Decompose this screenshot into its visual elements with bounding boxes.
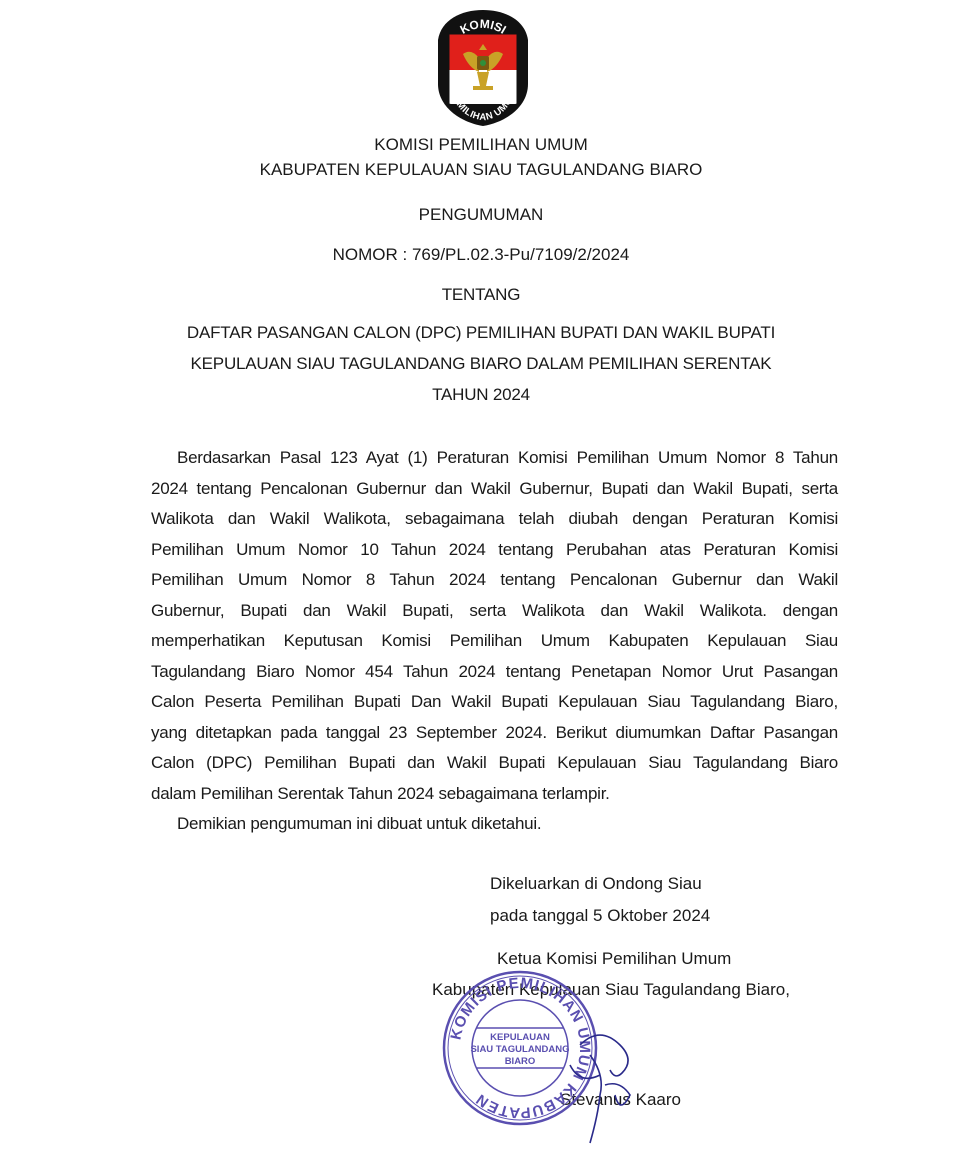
body-line: 2024 tentang Pencalonan Gubernur dan Wak… [151, 474, 838, 505]
handwritten-signature-icon [560, 1025, 680, 1149]
about-label: TENTANG [0, 285, 962, 305]
body-line: yang ditetapkan pada tanggal 23 Septembe… [151, 718, 838, 749]
issued-place: Dikeluarkan di Ondong Siau [490, 874, 702, 894]
document-number: NOMOR : 769/PL.02.3-Pu/7109/2/2024 [0, 245, 962, 265]
body-line: Calon (DPC) Pemilihan Bupati dan Wakil B… [151, 748, 838, 779]
org-region: KABUPATEN KEPULAUAN SIAU TAGULANDANG BIA… [0, 160, 962, 180]
org-name: KOMISI PEMILIHAN UMUM [0, 135, 962, 155]
kpu-logo: KOMISI PEMILIHAN UMUM [433, 6, 533, 128]
body-line: Pemilihan Umum Nomor 8 Tahun 2024 tentan… [151, 565, 838, 596]
document-type: PENGUMUMAN [0, 205, 962, 225]
title-line: DAFTAR PASANGAN CALON (DPC) PEMILIHAN BU… [0, 323, 962, 343]
title-line: TAHUN 2024 [0, 385, 962, 405]
title-line: KEPULAUAN SIAU TAGULANDANG BIARO DALAM P… [0, 354, 962, 374]
body-line: Gubernur, Bupati dan Wakil Bupati, serta… [151, 596, 838, 627]
body-line: Berdasarkan Pasal 123 Ayat (1) Peraturan… [151, 443, 838, 474]
svg-text:SIAU TAGULANDANG: SIAU TAGULANDANG [470, 1044, 569, 1055]
closing-sentence: Demikian pengumuman ini dibuat untuk dik… [151, 809, 838, 840]
body-line: Walikota dan Wakil Walikota, sebagaimana… [151, 504, 838, 535]
body-line: Tagulandang Biaro Nomor 454 Tahun 2024 t… [151, 657, 838, 688]
body-line: dalam Pemilihan Serentak Tahun 2024 seba… [151, 779, 838, 810]
body-paragraph: Berdasarkan Pasal 123 Ayat (1) Peraturan… [151, 443, 838, 840]
issued-date: pada tanggal 5 Oktober 2024 [490, 906, 710, 926]
body-line: Calon Peserta Pemilihan Bupati Dan Wakil… [151, 687, 838, 718]
signer-position: Ketua Komisi Pemilihan Umum [497, 949, 731, 969]
body-line: memperhatikan Keputusan Komisi Pemilihan… [151, 626, 838, 657]
body-line: Pemilihan Umum Nomor 10 Tahun 2024 tenta… [151, 535, 838, 566]
svg-text:KEPULAUAN: KEPULAUAN [490, 1032, 550, 1043]
svg-text:BIARO: BIARO [505, 1056, 536, 1067]
